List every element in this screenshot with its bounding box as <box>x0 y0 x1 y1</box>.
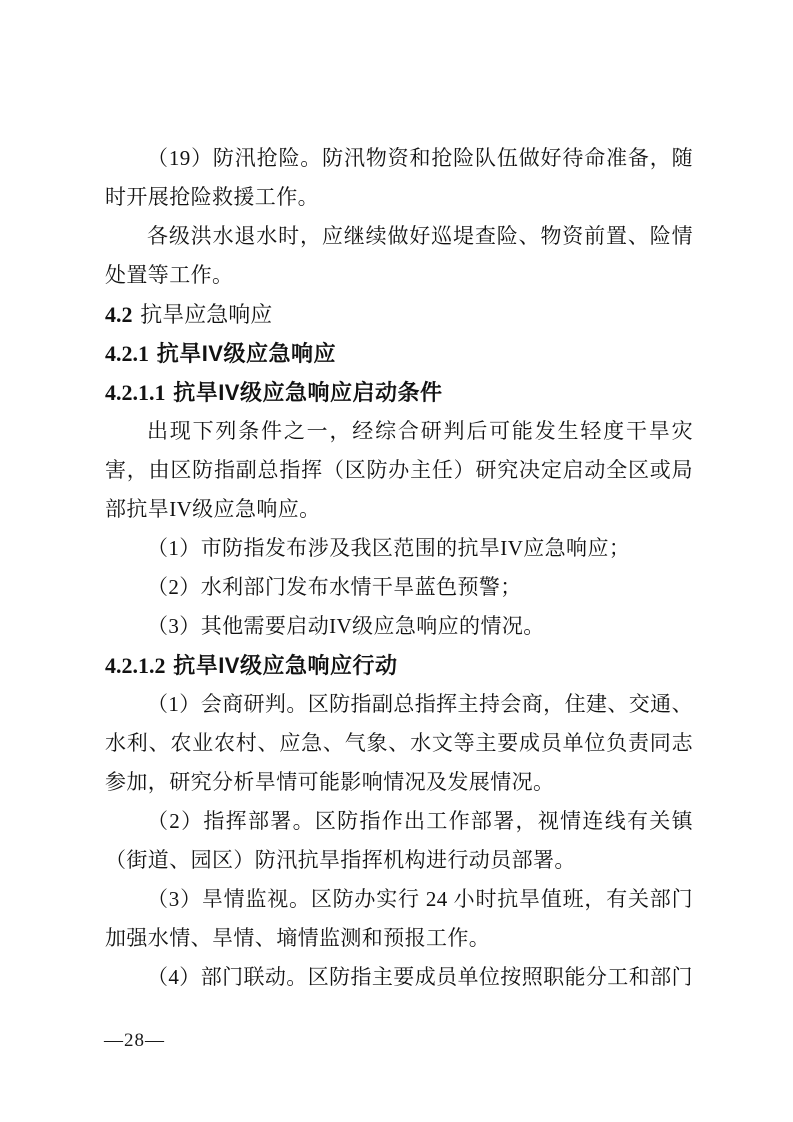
list-item-condition-2: （2）水利部门发布水情干旱蓝色预警； <box>105 568 693 607</box>
section-title: 抗旱IV级应急响应启动条件 <box>173 380 442 405</box>
section-title: 抗旱应急响应 <box>140 302 272 327</box>
section-number: 4.2.1 <box>105 341 149 366</box>
section-title: 抗旱IV级应急响应 <box>157 341 336 366</box>
section-number: 4.2.1.2 <box>105 653 166 678</box>
list-item-action-4-coordination: （4）部门联动。区防指主要成员单位按照职能分工和部门 <box>105 958 693 997</box>
list-item-action-2-command: （2）指挥部署。区防指作出工作部署，视情连线有关镇（街道、园区）防汛抗旱指挥机构… <box>105 802 693 880</box>
section-heading-4-2-1-1: 4.2.1.1抗旱IV级应急响应启动条件 <box>105 373 693 412</box>
list-item-condition-1: （1）市防指发布涉及我区范围的抗旱IV应急响应； <box>105 529 693 568</box>
paragraph-flood-rescue: （19）防汛抢险。防汛物资和抢险队伍做好待命准备，随时开展抢险救援工作。 <box>105 139 693 217</box>
list-item-action-3-monitoring: （3）旱情监视。区防办实行 24 小时抗旱值班，有关部门加强水情、旱情、墒情监测… <box>105 880 693 958</box>
section-number: 4.2 <box>105 302 133 327</box>
list-item-condition-3: （3）其他需要启动IV级应急响应的情况。 <box>105 607 693 646</box>
page-number: —28— <box>104 1026 165 1056</box>
document-body: （19）防汛抢险。防汛物资和抢险队伍做好待命准备，随时开展抢险救援工作。 各级洪… <box>105 139 693 997</box>
section-heading-4-2: 4.2抗旱应急响应 <box>105 295 693 334</box>
document-page: （19）防汛抢险。防汛物资和抢险队伍做好待命准备，随时开展抢险救援工作。 各级洪… <box>0 0 793 1122</box>
list-item-action-1-consultation: （1）会商研判。区防指副总指挥主持会商，住建、交通、水利、农业农村、应急、气象、… <box>105 685 693 802</box>
section-heading-4-2-1: 4.2.1抗旱IV级应急响应 <box>105 334 693 373</box>
section-number: 4.2.1.1 <box>105 380 166 405</box>
section-heading-4-2-1-2: 4.2.1.2抗旱IV级应急响应行动 <box>105 646 693 685</box>
section-title: 抗旱IV级应急响应行动 <box>173 653 397 678</box>
paragraph-flood-recede: 各级洪水退水时，应继续做好巡堤查险、物资前置、险情处置等工作。 <box>105 217 693 295</box>
paragraph-trigger-conditions-intro: 出现下列条件之一，经综合研判后可能发生轻度干旱灾害，由区防指副总指挥（区防办主任… <box>105 412 693 529</box>
